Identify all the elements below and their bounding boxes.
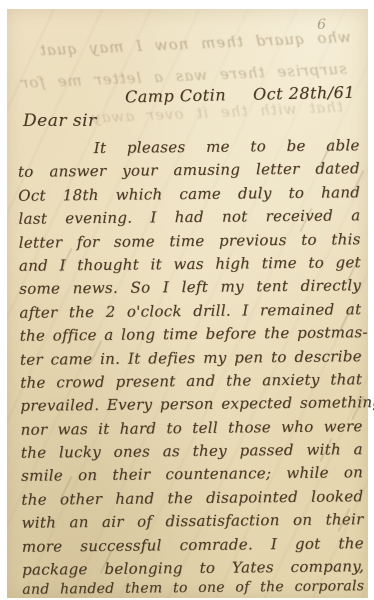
letter-paper: who quard them now I may quat surprise t… [7, 9, 368, 598]
letter-line: and handed them to one of the corporals [22, 576, 364, 600]
salutation: Dear sir [23, 111, 97, 131]
scanned-letter: who quard them now I may quat surprise t… [0, 0, 374, 600]
letter-date: Oct 28th/61 [253, 83, 355, 104]
camp-location: Camp Cotin [125, 85, 226, 106]
letter-line: to answer your amusing letter dated [18, 158, 360, 185]
letter-line: the office a long time before the postma… [20, 321, 362, 348]
letter-line: ter came in. It defies my pen to describ… [20, 345, 362, 372]
letter-body: It pleases me to be able to answer your … [18, 134, 365, 600]
ink-bleedthrough-line: who quard them now I may quat [21, 28, 351, 60]
letter-line: with an air of dissatisfaction on their [21, 508, 363, 535]
pencil-page-number: 6 [317, 17, 326, 33]
letter-line: after the 2 o'clock drill. I remained at [19, 298, 361, 325]
letter-line: the crowd present and the anxiety that [20, 368, 362, 395]
letter-line: some news. So I left my tent directly [19, 275, 361, 302]
letter-line: prevailed. Every person expected somethi… [20, 392, 362, 419]
letter-line: smile on their countenance; while on [21, 462, 363, 489]
